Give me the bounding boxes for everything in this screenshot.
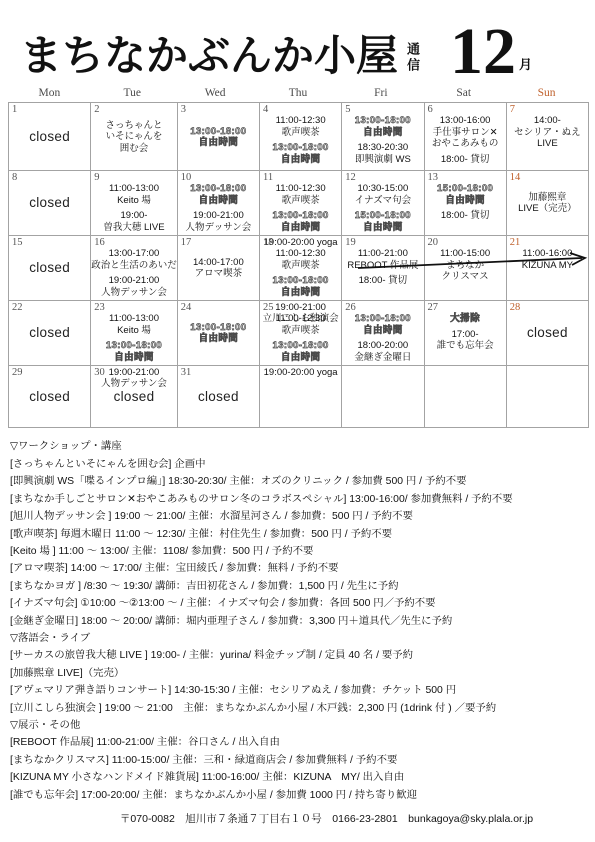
day-cell-body: [425, 366, 506, 427]
date-number: 9: [94, 172, 99, 183]
weekday-tue: Tue: [91, 85, 174, 102]
day-cell-13: 1315:00-18:00 自由時間18:00- 貸切: [425, 171, 507, 236]
day-cell-9: 911:00-13:00 Keito 場19:00- 曽我大穂 LIVE: [91, 171, 178, 236]
date-number: 19: [345, 237, 356, 248]
footer-contact: 〒070-0082 旭川市７条通７丁目右１０号 0166-23-2801 bun…: [0, 811, 595, 826]
event-detail-line: [加藤熙章 LIVE]（完売）: [10, 665, 595, 682]
calendar-grid: 1closed2さっちゃんと いそにゃんを 囲む会313:00-18:00 自由…: [8, 102, 589, 428]
closed-label: closed: [29, 260, 70, 276]
event-entry: 13:00-17:00 政治と生活のあいだ: [91, 248, 177, 271]
closed-label: closed: [114, 389, 155, 405]
date-number: 29: [12, 367, 23, 378]
event-detail-line: [金継ぎ金曜日] 18:00 ～ 20:00/ 講師：堀内亜理子さん / 参加費…: [10, 613, 595, 630]
closed-label: closed: [29, 195, 70, 211]
event-entry: 11:00-21:00 REBOOT 作品展: [347, 248, 418, 271]
event-entry: 17:00- 誰でも忘年会: [437, 329, 494, 352]
event-entry: 13:00-18:00 自由時間: [273, 142, 329, 165]
section-heading: ▽落語会・ライブ: [10, 630, 595, 647]
day-cell-17: 1714:00-17:00 アロマ喫茶: [178, 236, 260, 301]
month-number: 12: [450, 26, 516, 77]
date-number: 27: [428, 302, 439, 313]
date-number: 31: [181, 367, 192, 378]
date-number: 2: [94, 104, 99, 115]
event-listing: ▽ワークショップ・講座[さっちゃんといそにゃんを囲む会] 企画中[即興演劇 WS…: [10, 438, 595, 804]
day-cell-11: 1111:00-12:30 歌声喫茶13:00-18:00 自由時間19:00-…: [260, 171, 342, 236]
day-cell-body: さっちゃんと いそにゃんを 囲む会: [91, 103, 177, 170]
event-entry: 18:30-20:30 即興演劇 WS: [355, 142, 411, 165]
event-entry: さっちゃんと いそにゃんを 囲む会: [105, 120, 162, 154]
weekday-thu: Thu: [257, 85, 340, 102]
day-cell-4: 411:00-12:30 歌声喫茶13:00-18:00 自由時間: [260, 103, 342, 171]
event-entry: 15:00-18:00 自由時間: [355, 210, 411, 233]
section-heading: ▽展示・その他: [10, 717, 595, 734]
date-number: 10: [181, 172, 192, 183]
day-cell-3: 313:00-18:00 自由時間: [178, 103, 260, 171]
day-cell-12: 1210:30-15:00 イナズマ句会15:00-18:00 自由時間: [342, 171, 424, 236]
day-cell-29: 29closed: [9, 366, 91, 428]
day-cell-body: 14:00- セシリア・ぬえ LIVE: [507, 103, 588, 170]
event-entry: 18:00- 貸切: [441, 154, 490, 165]
day-cell-10: 1013:00-18:00 自由時間19:00-21:00 人物デッサン会: [178, 171, 260, 236]
day-cell-body: closed: [9, 103, 90, 170]
date-number: 25: [263, 302, 274, 313]
day-cell-20: 2011:00-15:00 まちなか クリスマス: [425, 236, 507, 301]
day-cell-body: 13:00-18:00 自由時間18:30-20:30 即興演劇 WS: [342, 103, 423, 170]
event-entry: 11:00-12:30 歌声喫茶: [276, 248, 326, 271]
day-cell-1: 1closed: [9, 103, 91, 171]
date-number: 6: [428, 104, 433, 115]
day-cell-body: 11:00-12:30 歌声喫茶13:00-18:00 自由時間: [260, 103, 341, 170]
weekday-sun: Sun: [505, 85, 588, 102]
day-cell-30: 30closed: [91, 366, 178, 428]
day-cell-23: 2311:00-13:00 Keito 場13:00-18:00 自由時間19:…: [91, 301, 178, 366]
day-cell-18: 1811:00-12:30 歌声喫茶13:00-18:00 自由時間19:00-…: [260, 236, 342, 301]
section-heading: ▽ワークショップ・講座: [10, 438, 595, 455]
event-entry: 11:00-15:00 まちなか クリスマス: [440, 248, 490, 282]
event-detail-line: [さっちゃんといそにゃんを囲む会] 企画中: [10, 456, 595, 473]
day-cell-empty: [507, 366, 589, 428]
date-number: 7: [510, 104, 515, 115]
event-entry: 加藤熙章 LIVE（完売）: [518, 192, 577, 215]
header: まちなかぶんか小屋 通信 12 月: [0, 0, 595, 77]
event-entry: 19:00-21:00 人物デッサン会: [101, 275, 167, 298]
event-entry: 19:00- 曽我大穂 LIVE: [103, 210, 164, 233]
weekday-mon: Mon: [8, 85, 91, 102]
event-entry: 18:00- 貸切: [441, 210, 490, 221]
weekday-fri: Fri: [339, 85, 422, 102]
date-number: 16: [94, 237, 105, 248]
day-cell-6: 613:00-16:00 手仕事サロン✕ おやこあみもの18:00- 貸切: [425, 103, 507, 171]
day-cell-7: 714:00- セシリア・ぬえ LIVE: [507, 103, 589, 171]
day-cell-body: 13:00-18:00 自由時間: [178, 103, 259, 170]
event-entry: 13:00-18:00 自由時間: [355, 313, 411, 336]
event-entry: 11:00-13:00 Keito 場: [109, 183, 159, 206]
event-detail-line: [REBOOT 作品展] 11:00-21:00/ 主催：谷口さん / 出入自由: [10, 734, 595, 751]
event-detail-line: [即興演劇 WS「喋るインプロ編」] 18:30-20:30/ 主催：オズのクリ…: [10, 473, 595, 490]
date-number: 26: [345, 302, 356, 313]
day-cell-empty: [425, 366, 507, 428]
weekday-sat: Sat: [422, 85, 505, 102]
date-number: 24: [181, 302, 192, 313]
event-entry: 13:00-18:00 自由時間: [106, 340, 162, 363]
date-number: 4: [263, 104, 268, 115]
day-cell-8: 8closed: [9, 171, 91, 236]
day-cell-body: 11:00-13:00 Keito 場19:00- 曽我大穂 LIVE: [91, 171, 177, 235]
date-number: 1: [12, 104, 17, 115]
weekday-header-row: MonTueWedThuFriSatSun: [8, 85, 588, 102]
day-cell-2: 2さっちゃんと いそにゃんを 囲む会: [91, 103, 178, 171]
day-cell-body: closed: [9, 171, 90, 235]
event-entry: 11:00-12:30 歌声喫茶: [276, 115, 326, 138]
event-detail-line: [歌声喫茶] 毎週木曜日 11:00 ～ 12:30/ 主催：村住先生 / 参加…: [10, 526, 595, 543]
event-entry: 15:00-18:00 自由時間: [437, 183, 493, 206]
day-cell-25: 2511:00-12:30 歌声喫茶13:00-18:00 自由時間19:00-…: [260, 301, 342, 366]
day-cell-14: 14加藤熙章 LIVE（完売）: [507, 171, 589, 236]
day-cell-5: 513:00-18:00 自由時間18:30-20:30 即興演劇 WS: [342, 103, 424, 171]
subtitle-vertical: 通信: [403, 42, 422, 74]
closed-label: closed: [198, 389, 239, 405]
day-cell-empty: [260, 366, 342, 428]
day-cell-19: 1911:00-21:00 REBOOT 作品展18:00- 貸切: [342, 236, 424, 301]
day-cell-body: [260, 366, 341, 427]
event-entry: 11:00-13:00 Keito 場: [109, 313, 159, 336]
event-detail-line: [Keito 場 ] 11:00 ～ 13:00/ 主催：1108/ 参加費：5…: [10, 543, 595, 560]
closed-label: closed: [29, 325, 70, 341]
day-cell-empty: [342, 366, 424, 428]
event-detail-line: [立川こしら独演会 ] 19:00 ～ 21:00 主催：まちなかぶんか小屋 /…: [10, 700, 595, 717]
newsletter-page: まちなかぶんか小屋 通信 12 月 MonTueWedThuFriSatSun …: [0, 0, 595, 842]
day-cell-15: 15closed: [9, 236, 91, 301]
date-number: 14: [510, 172, 521, 183]
date-number: 20: [428, 237, 439, 248]
event-entry: 18:00- 貸切: [359, 275, 408, 286]
date-number: 23: [94, 302, 105, 313]
day-cell-16: 1613:00-17:00 政治と生活のあいだ19:00-21:00 人物デッサ…: [91, 236, 178, 301]
date-number: 22: [12, 302, 23, 313]
event-detail-line: [KIZUNA MY 小さなハンドメイド雑貨展] 11:00-16:00/ 主催…: [10, 769, 595, 786]
date-number: 30: [94, 367, 105, 378]
weekday-wed: Wed: [174, 85, 257, 102]
event-entry: 14:00- セシリア・ぬえ LIVE: [514, 115, 581, 149]
day-cell-28: 28closed: [507, 301, 589, 366]
event-detail-line: [誰でも忘年会] 17:00-20:00/ 主催：まちなかぶんか小屋 / 参加費…: [10, 787, 595, 804]
day-cell-31: 31closed: [178, 366, 260, 428]
event-detail-line: [まちなかヨガ ] /8:30 ～ 19:30/ 講師：吉田初花さん / 参加費…: [10, 578, 595, 595]
date-number: 8: [12, 172, 17, 183]
event-detail-line: [まちなか手しごとサロン✕おやこあみものサロン冬のコラボスペシャル] 13:00…: [10, 491, 595, 508]
event-entry: 13:00-18:00 自由時間: [190, 183, 246, 206]
event-detail-line: [アロマ喫茶] 14:00 ～ 17:00/ 主催：宝田綾氏 / 参加費：無料 …: [10, 560, 595, 577]
page-title: まちなかぶんか小屋: [20, 35, 398, 77]
event-entry: 11:00-16:00 KIZUNA MY: [522, 248, 573, 271]
date-number: 18: [263, 237, 274, 248]
date-number: 21: [510, 237, 521, 248]
event-entry: 13:00-18:00 自由時間: [273, 210, 329, 233]
event-entry: 13:00-18:00 自由時間: [273, 275, 329, 298]
day-cell-22: 22closed: [9, 301, 91, 366]
date-number: 12: [345, 172, 356, 183]
date-number: 13: [428, 172, 439, 183]
event-detail-line: [イナズマ句会] ①10:00 ～②13:00 ～ / 主催：イナズマ句会 / …: [10, 595, 595, 612]
event-entry: 18:00-20:00 金継ぎ金曜日: [354, 340, 411, 363]
day-cell-body: [507, 366, 588, 427]
event-entry: 11:00-12:30 歌声喫茶: [276, 313, 326, 336]
event-entry: 19:00-21:00 人物デッサン会: [185, 210, 251, 233]
day-cell-21: 2111:00-16:00 KIZUNA MY: [507, 236, 589, 301]
date-number: 15: [12, 237, 23, 248]
event-entry: 13:00-16:00 手仕事サロン✕ おやこあみもの: [432, 115, 499, 149]
date-number: 28: [510, 302, 521, 313]
day-cell-24: 2413:00-18:00 自由時間: [178, 301, 260, 366]
event-entry: 13:00-18:00 自由時間: [273, 340, 329, 363]
month-suffix: 月: [519, 54, 532, 73]
event-entry: 11:00-12:30 歌声喫茶: [276, 183, 326, 206]
event-entry: 13:00-18:00 自由時間: [190, 126, 246, 149]
date-number: 3: [181, 104, 186, 115]
closed-label: closed: [29, 389, 70, 405]
day-cell-26: 2613:00-18:00 自由時間18:00-20:00 金継ぎ金曜日: [342, 301, 424, 366]
event-entry: 14:00-17:00 アロマ喫茶: [193, 257, 244, 280]
event-detail-line: [アヴェマリア弾き語りコンサート] 14:30-15:30 / 主催：セシリアぬ…: [10, 682, 595, 699]
date-number: 5: [345, 104, 350, 115]
event-entry: 大掃除: [450, 313, 480, 324]
event-entry: 10:30-15:00 イナズマ句会: [355, 183, 411, 206]
event-detail-line: [サーカスの旅曽我大穂 LIVE ] 19:00- / 主催：yurina/ 料…: [10, 647, 595, 664]
event-entry: 13:00-18:00 自由時間: [190, 322, 246, 345]
day-cell-body: [342, 366, 423, 427]
closed-label: closed: [527, 325, 568, 341]
day-cell-27: 27大掃除17:00- 誰でも忘年会: [425, 301, 507, 366]
event-detail-line: [まちなかクリスマス] 11:00-15:00/ 主催：三和・緑道商店会 / 参…: [10, 752, 595, 769]
closed-label: closed: [29, 129, 70, 145]
date-number: 11: [263, 172, 273, 183]
day-cell-body: 13:00-16:00 手仕事サロン✕ おやこあみもの18:00- 貸切: [425, 103, 506, 170]
event-entry: 13:00-18:00 自由時間: [355, 115, 411, 138]
event-detail-line: [旭川人物デッサン会 ] 19:00 ～ 21:00/ 主催：水溜星河さん / …: [10, 508, 595, 525]
date-number: 17: [181, 237, 192, 248]
